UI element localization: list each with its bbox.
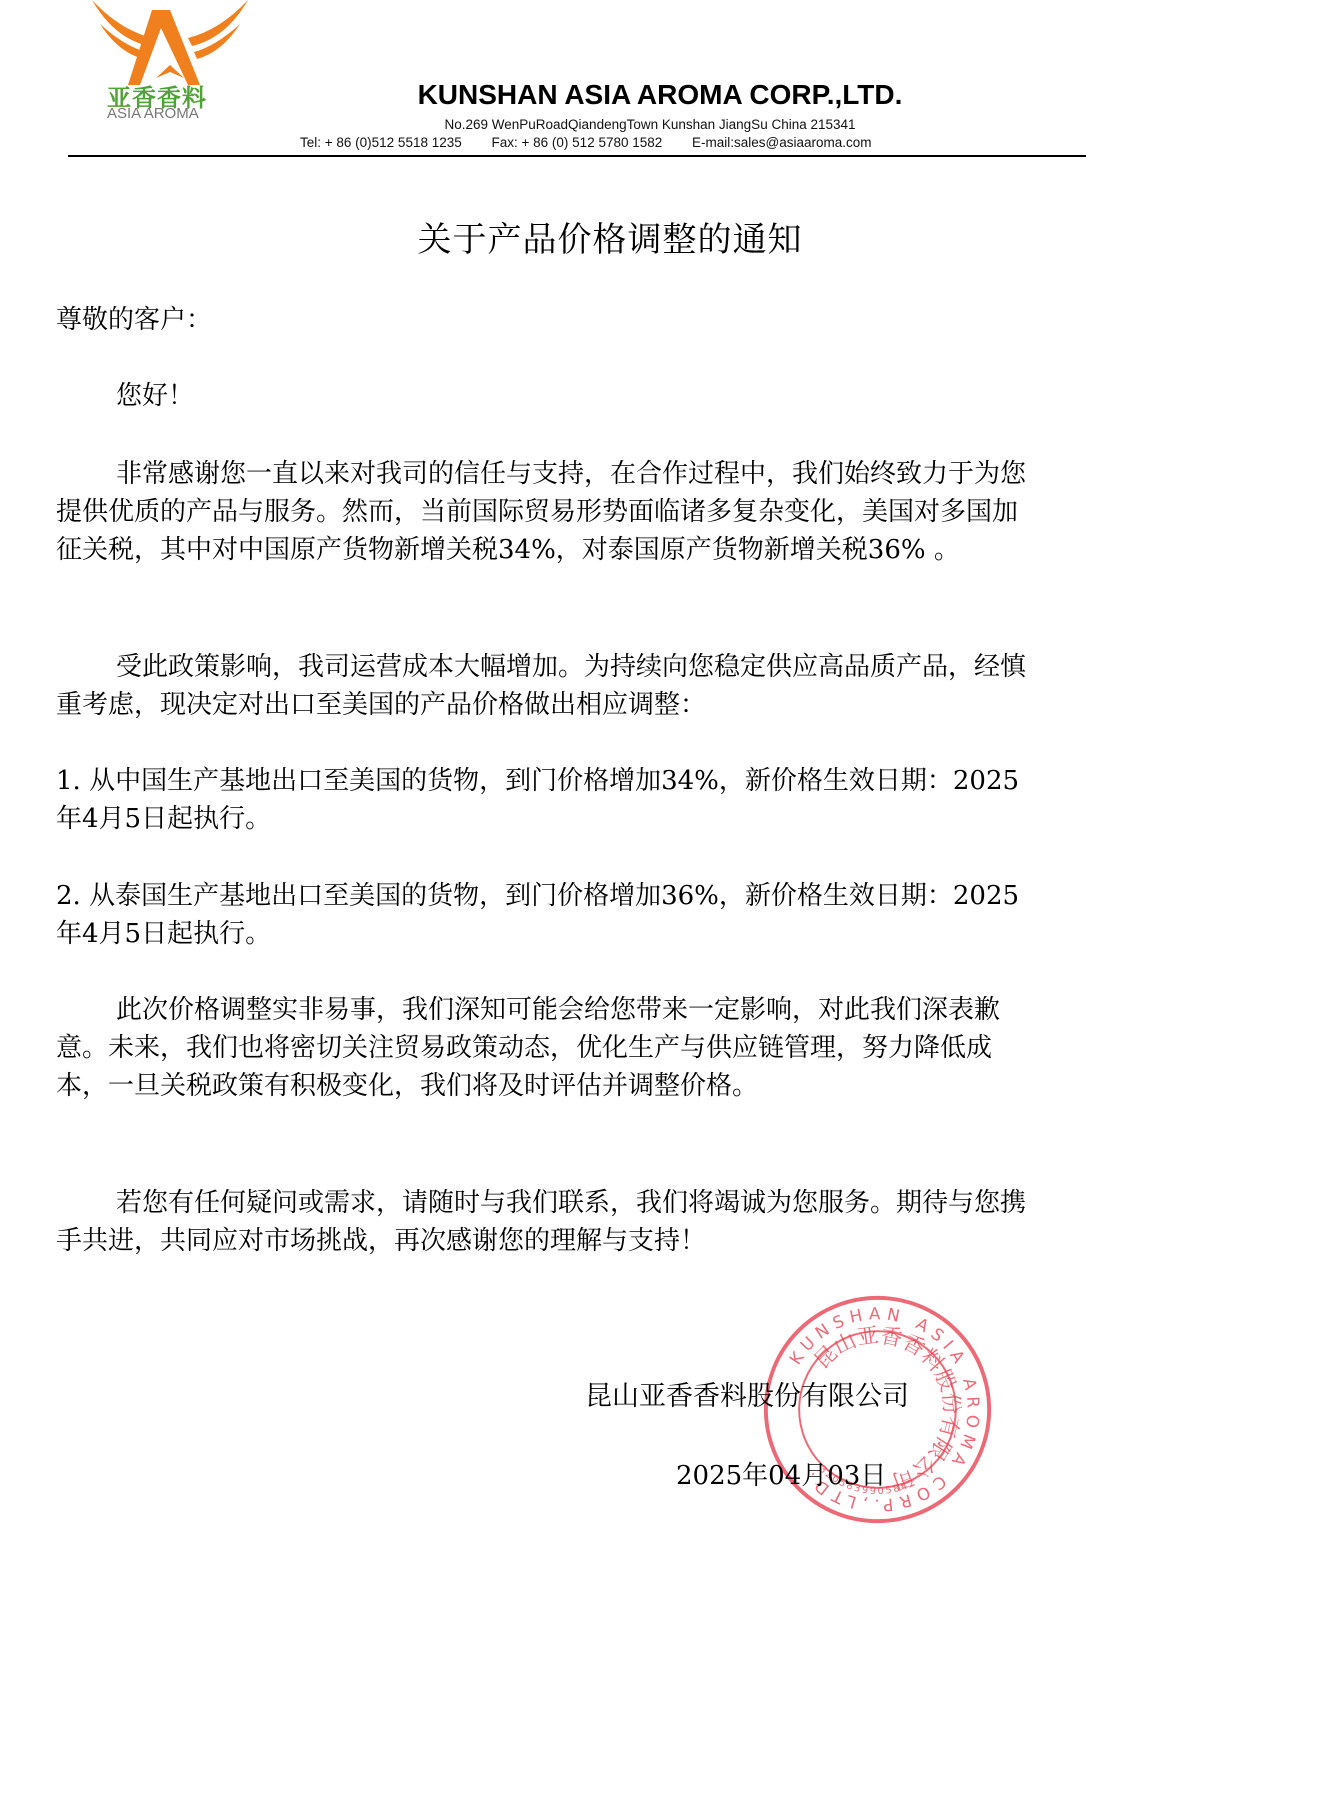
- letterhead-divider: [68, 155, 1086, 157]
- list-item-thailand: 2. 从泰国生产基地出口至美国的货物，到门价格增加36%，新价格生效日期：202…: [56, 877, 1026, 953]
- salutation: 尊敬的客户：: [56, 301, 1026, 339]
- paragraph-apology: 此次价格调整实非易事，我们深知可能会给您带来一定影响，对此我们深表歉意。未来，我…: [56, 991, 1026, 1105]
- list-item-china: 1. 从中国生产基地出口至美国的货物，到门价格增加34%，新价格生效日期：202…: [56, 762, 1026, 838]
- greeting: 您好！: [56, 377, 1026, 415]
- paragraph-price-decision: 受此政策影响，我司运营成本大幅增加。为持续向您稳定供应高品质产品，经慎重考虑，现…: [56, 648, 1026, 724]
- email: E-mail:sales@asiaaroma.com: [692, 135, 872, 150]
- telephone: Tel: + 86 (0)512 5518 1235: [300, 135, 462, 150]
- signature-company: 昆山亚香香料股份有限公司: [585, 1374, 909, 1413]
- paragraph-closing: 若您有任何疑问或需求，请随时与我们联系，我们将竭诚为您服务。期待与您携手共进，共…: [56, 1184, 1026, 1260]
- company-name: KUNSHAN ASIA AROMA CORP.,LTD.: [370, 79, 950, 111]
- logo-english-name: ASIA AROMA: [107, 105, 199, 122]
- signature-date: 2025年04月03日: [676, 1455, 886, 1492]
- paragraph-tariff-context: 非常感谢您一直以来对我司的信任与支持，在合作过程中，我们始终致力于为您提供优质的…: [56, 455, 1026, 569]
- contact-line: Tel: + 86 (0)512 5518 1235 Fax: + 86 (0)…: [300, 135, 898, 150]
- fax: Fax: + 86 (0) 512 5780 1582: [492, 135, 663, 150]
- document-title: 关于产品价格调整的通知: [0, 212, 1220, 261]
- company-address: No.269 WenPuRoadQiandengTown Kunshan Jia…: [310, 117, 990, 132]
